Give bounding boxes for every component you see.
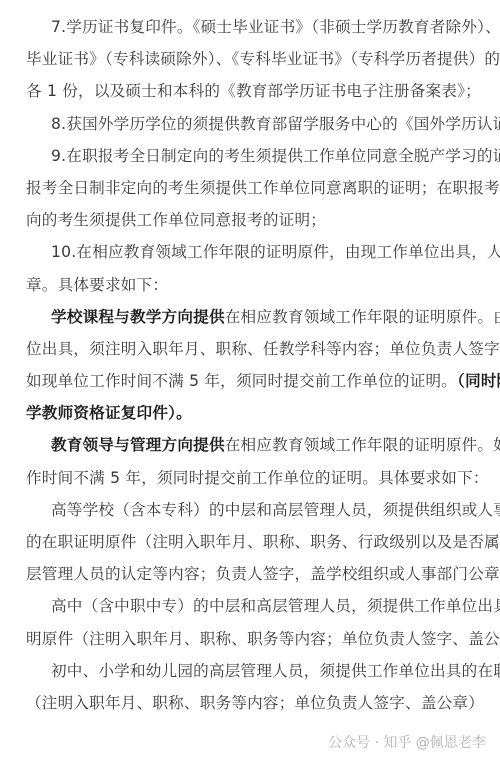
- curriculum-paragraph-line-3: 如现单位工作时间不满 5 年，须同时提交前工作单位的证明。（同时附本人中小: [26, 365, 478, 397]
- paragraph-7-line-1: 7.学历证书复印件。《硕士毕业证书》（非硕士学历教育者除外）、《本科: [26, 11, 478, 43]
- paragraph-9-line-1: 9.在职报考全日制定向的考生须提供工作单位同意全脱产学习的证明；在职: [26, 140, 478, 172]
- high-school-paragraph-line-2: 明原件（注明入职年月、职称、职务等内容；单位负责人签字、盖公章）；: [26, 623, 478, 655]
- curriculum-text: 在相应教育领域工作年限的证明原件。由现工作单: [225, 308, 500, 326]
- high-school-paragraph-line-1: 高中（含中职中专）的中层和高层管理人员，须提供工作单位出具的在职证: [26, 590, 478, 622]
- paragraph-7-line-3: 各 1 份，以及硕士和本科的《教育部学历证书电子注册备案表》；: [26, 75, 478, 107]
- higher-ed-paragraph-line-2: 的在职证明原件（注明入职年月、职称、职务、行政级别以及是否属于学校中高: [26, 526, 478, 558]
- curriculum-note-bold: 学教师资格证复印件）。: [26, 404, 192, 422]
- paragraph-10-line-1: 10.在相应教育领域工作年限的证明原件，由现工作单位出具，人事部门盖: [26, 236, 478, 268]
- paragraph-8-line-1: 8.获国外学历学位的须提供教育部留学服务中心的《国外学历认证报告》；: [26, 108, 478, 140]
- primary-paragraph-line-1: 初中、小学和幼儿园的高层管理人员，须提供工作单位出具的在职证明原件: [26, 655, 478, 687]
- primary-paragraph-line-2: （注明入职年月、职称、职务等内容；单位负责人签字、盖公章）: [26, 687, 478, 719]
- higher-ed-paragraph-line-1: 高等学校（含本专科）的中层和高层管理人员，须提供组织或人事部门出具: [26, 494, 478, 526]
- paragraph-9-line-2: 报考全日制非定向的考生须提供工作单位同意离职的证明；在职报考非全日制定: [26, 172, 478, 204]
- higher-ed-paragraph-line-3: 层管理人员的认定等内容；负责人签字，盖学校组织或人事部门公章）；: [26, 558, 478, 590]
- paragraph-10-line-2: 章。具体要求如下：: [26, 269, 478, 301]
- curriculum-paragraph-line-2: 位出具，须注明入职年月、职称、任教学科等内容；单位负责人签字、盖公章。: [26, 333, 478, 365]
- curriculum-paragraph-line-1: 学校课程与教学方向提供在相应教育领域工作年限的证明原件。由现工作单: [26, 301, 478, 333]
- curriculum-note-bold: （同时附本人中小: [457, 372, 500, 390]
- curriculum-paragraph-line-4: 学教师资格证复印件）。: [26, 397, 478, 429]
- curriculum-heading: 学校课程与教学方向提供: [51, 308, 225, 326]
- watermark: 公众号 · 知乎 @佩恩老李: [328, 732, 486, 752]
- curriculum-text: 如现单位工作时间不满 5 年，须同时提交前工作单位的证明。: [26, 372, 457, 390]
- paragraph-9-line-3: 向的考生须提供工作单位同意报考的证明；: [26, 204, 478, 236]
- leadership-text: 在相应教育领域工作年限的证明原件。如现单位工: [225, 436, 500, 454]
- paragraph-7-line-2: 毕业证书》（专科读硕除外）、《专科毕业证书》（专科学历者提供）的复印件: [26, 43, 478, 75]
- leadership-heading: 教育领导与管理方向提供: [51, 436, 225, 454]
- document-body: 7.学历证书复印件。《硕士毕业证书》（非硕士学历教育者除外）、《本科 毕业证书》…: [26, 11, 478, 719]
- leadership-paragraph-line-1: 教育领导与管理方向提供在相应教育领域工作年限的证明原件。如现单位工: [26, 429, 478, 461]
- leadership-paragraph-line-2: 作时间不满 5 年，须同时提交前工作单位的证明。具体要求如下：: [26, 462, 478, 494]
